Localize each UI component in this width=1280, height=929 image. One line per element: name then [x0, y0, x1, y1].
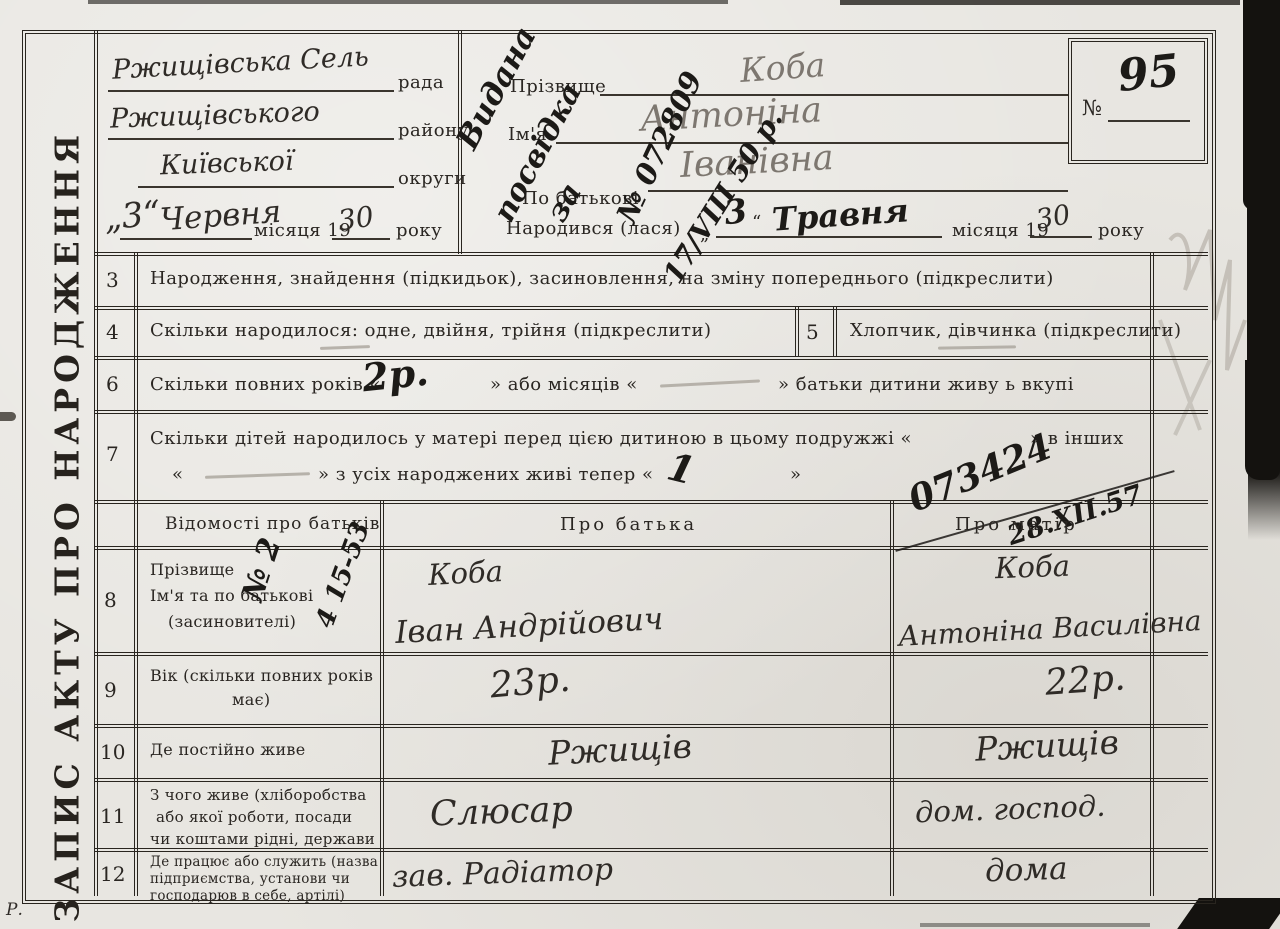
okruga-line — [138, 186, 394, 188]
title-strip-divider — [94, 30, 98, 896]
scanned-birth-record: ЗАПИС АКТУ ПРО НАРОДЖЕННЯ Ржищівська Сел… — [0, 0, 1280, 929]
row12-mother-workplace: дома — [984, 851, 1068, 890]
reg-year-entry: 30 — [336, 200, 376, 238]
birth-quote-close: “ — [752, 212, 762, 233]
row10-father-residence: Ржищів — [547, 726, 693, 772]
district-line — [108, 138, 394, 140]
rule-under-row6 — [94, 410, 1208, 414]
okruga-label: округи — [398, 168, 467, 189]
rule-under-row3 — [94, 306, 1208, 310]
row4-text: Скільки народилося: одне, двійня, трійня… — [150, 320, 712, 341]
scan-streak-top-right — [840, 0, 1240, 5]
parents-col-divider-1 — [380, 500, 384, 896]
row12-label-line3: господарюв в себе, артілі) — [150, 888, 345, 904]
row6-text-pre: Скільки повних років « — [150, 374, 381, 395]
row5-divider-right — [833, 306, 837, 356]
right-margin-divider — [1150, 252, 1154, 896]
birth-year-entry: 30 — [1034, 199, 1073, 235]
row10-label: Де постійно живе — [150, 740, 306, 759]
row7-line2-open: « — [172, 464, 184, 485]
number-box-label: № — [1082, 96, 1102, 120]
row11-father-occupation: Слюсар — [429, 790, 573, 835]
reg-day-entry: „3“ — [102, 193, 163, 239]
scan-mark-left — [0, 412, 16, 421]
council-label: рада — [398, 72, 444, 93]
row11-label-line2: або якої роботи, посади — [156, 808, 352, 826]
row7-line1-pre: Скільки дітей народилось у матері перед … — [150, 428, 912, 449]
row8-label-line2: Ім'я та по батькові — [150, 586, 313, 605]
row3-text: Народження, знайдення (підкидьок), засин… — [150, 268, 1054, 289]
row11-mother-occupation: дом. господ. — [914, 789, 1105, 830]
row9-label-line1: Вік (скільки повних років — [150, 666, 373, 685]
row9-number: 9 — [104, 678, 117, 702]
parents-header-mother: Про матір — [955, 514, 1078, 535]
row4-number: 4 — [106, 320, 119, 344]
surname-entry: Коба — [739, 45, 827, 90]
row8-label-line3: (засиновителі) — [168, 612, 296, 631]
number-box-line — [1108, 120, 1190, 122]
row12-number: 12 — [100, 862, 125, 886]
row8-father-surname: Коба — [427, 554, 504, 592]
row11-number: 11 — [100, 804, 125, 828]
okruga-entry: Київської — [159, 146, 293, 182]
corner-note: Р. — [6, 900, 23, 920]
row5-divider-left — [795, 306, 799, 356]
birth-line — [716, 236, 942, 238]
row11-label-line3: чи коштами рідні, держави — [150, 830, 375, 848]
row9-mother-age: 22р. — [1044, 657, 1127, 704]
birth-year-label: року — [1098, 220, 1144, 241]
rule-under-row8 — [94, 652, 1208, 656]
row8-mother-surname: Коба — [994, 549, 1070, 586]
scan-edge-right-fade — [1248, 470, 1280, 540]
reg-year-line — [332, 238, 390, 240]
scan-streak-bottom — [920, 923, 1150, 927]
row10-mother-residence: Ржищів — [974, 722, 1120, 768]
row9-father-age: 23р. — [488, 659, 572, 707]
number-box-value: 95 — [1116, 45, 1182, 102]
row7-line2-close: » — [790, 464, 802, 485]
form-vertical-title: ЗАПИС АКТУ ПРО НАРОДЖЕННЯ — [48, 173, 87, 923]
rule-under-row45 — [94, 356, 1208, 360]
row8-number: 8 — [104, 588, 117, 612]
birth-label: Народився (лася) — [506, 218, 681, 239]
row11-label-line1: З чого живе (хліборобства — [150, 786, 367, 804]
row3-number: 3 — [106, 268, 119, 292]
row10-number: 10 — [100, 740, 125, 764]
row5-text: Хлопчик, дівчинка (підкреслити) — [850, 320, 1182, 341]
row6-number: 6 — [106, 372, 119, 396]
reg-year-label: року — [396, 220, 442, 241]
row9-label-line2: має) — [232, 690, 270, 709]
council-line — [108, 90, 394, 92]
top-section-bottom-rule — [94, 252, 1208, 256]
reg-date-line — [120, 238, 252, 240]
parents-header-father: Про батька — [560, 514, 697, 535]
row12-label-line1: Де працює або служить (назва — [150, 854, 378, 870]
row7-number: 7 — [106, 442, 119, 466]
scan-edge-right-top — [1243, 0, 1280, 210]
birth-year-line — [1030, 236, 1092, 238]
row6-text-mid: » або місяців « — [490, 374, 638, 395]
parents-col-divider-2 — [890, 500, 894, 896]
rule-under-row7 — [94, 500, 1208, 504]
row7-line2-mid: » з усіх народжених живі тепер « — [318, 464, 654, 485]
row12-label-line2: підприємства, установи чи — [150, 871, 350, 887]
number-column-divider — [134, 252, 138, 896]
rule-under-row10 — [94, 778, 1208, 782]
row8-label-line1: Прізвище — [150, 560, 234, 579]
scan-streak-top-left — [88, 0, 728, 4]
row6-text-post: » батьки дитини живу ь вкупі — [778, 374, 1074, 395]
row5-number: 5 — [806, 320, 819, 344]
row6-years-entry: 2р. — [360, 349, 431, 401]
